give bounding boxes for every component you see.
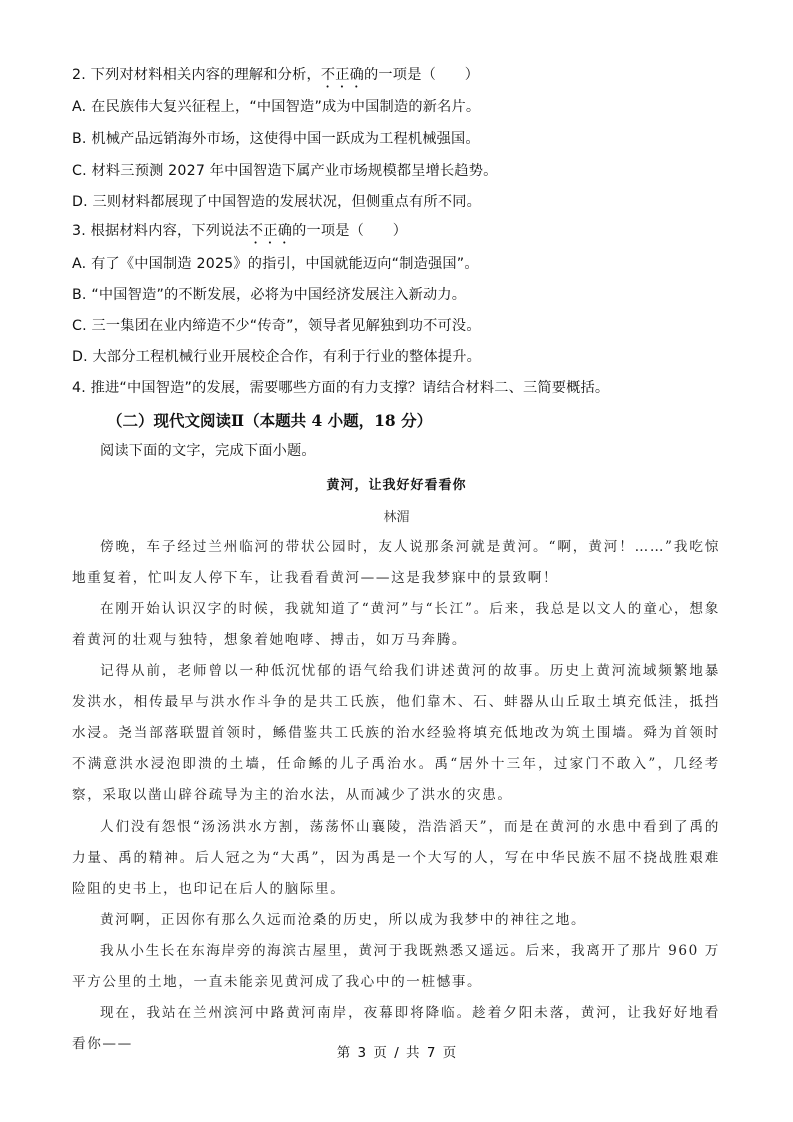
question-2-option-a: A. 在民族伟大复兴征程上，“中国智造”成为中国制造的新名片。 (72, 98, 480, 116)
section-title: （二）现代文阅读Ⅱ（本题共 4 小题，18 分） (107, 409, 432, 431)
article-paragraph-6: 我从小生长在东海岸旁的海滨古屋里，黄河于我既熟悉又遥远。后来，我离开了那片 96… (72, 936, 720, 998)
question-2-stem-prefix: 2. 下列对材料相关内容的理解和分析， (72, 67, 321, 83)
page-number: 第 3 页 / 共 7 页 (0, 1041, 793, 1061)
article-paragraph-4: 人们没有怨恨“汤汤洪水方割，荡荡怀山襄陵，浩浩滔天”，而是在黄河的水患中看到了禹… (72, 812, 720, 905)
question-2-option-d: D. 三则材料都展现了中国智造的发展状况，但侧重点有所不同。 (72, 193, 481, 211)
question-3-emphasis: 不正确 (249, 223, 292, 239)
question-2-stem-suffix: 的一项是（ ） (364, 67, 479, 83)
article-paragraph-1: 傍晚，车子经过兰州临河的带状公园时，友人说那条河就是黄河。“啊，黄河！……”我吃… (72, 532, 720, 594)
article-title: 黄河，让我好好看看你 (0, 474, 793, 493)
question-2-emphasis: 不正确 (321, 67, 364, 83)
article-paragraph-2: 在刚开始认识汉字的时候，我就知道了“黄河”与“长江”。后来，我总是以文人的童心，… (72, 594, 720, 656)
question-3-stem: 3. 根据材料内容，下列说法不正确的一项是（ ） (72, 222, 407, 247)
question-3-stem-prefix: 3. 根据材料内容，下列说法 (72, 223, 249, 239)
question-3-stem-suffix: 的一项是（ ） (292, 223, 407, 239)
question-2-stem: 2. 下列对材料相关内容的理解和分析，不正确的一项是（ ） (72, 66, 479, 91)
question-3-option-b: B. “中国智造”的不断发展，必将为中国经济发展注入新动力。 (72, 286, 466, 304)
article-paragraph-5: 黄河啊，正因你有那么久远而沧桑的历史，所以成为我梦中的神往之地。 (72, 905, 720, 936)
question-3-option-d: D. 大部分工程机械行业开展校企合作，有利于行业的整体提升。 (72, 348, 481, 366)
question-4-stem: 4. 推进“中国智造”的发展，需要哪些方面的有力支撑？请结合材料二、三简要概括。 (72, 379, 609, 397)
article-author: 林湄 (0, 506, 793, 525)
question-3-option-a: A. 有了《中国制造 2025》的指引，中国就能迈向“制造强国”。 (72, 255, 479, 273)
article-paragraph-3: 记得从前，老师曾以一种低沉忧郁的语气给我们讲述黄河的故事。历史上黄河流域频繁地暴… (72, 656, 720, 811)
question-3-option-c: C. 三一集团在业内缔造不少“传奇”，领导者见解独到功不可没。 (72, 317, 481, 335)
question-2-option-c: C. 材料三预测 2027 年中国智造下属产业市场规模都呈增长趋势。 (72, 162, 498, 180)
question-2-option-b: B. 机械产品远销海外市场，这使得中国一跃成为工程机械强国。 (72, 130, 480, 148)
section-instruction: 阅读下面的文字，完成下面小题。 (100, 442, 316, 460)
document-page: 2. 下列对材料相关内容的理解和分析，不正确的一项是（ ） A. 在民族伟大复兴… (0, 0, 793, 1122)
